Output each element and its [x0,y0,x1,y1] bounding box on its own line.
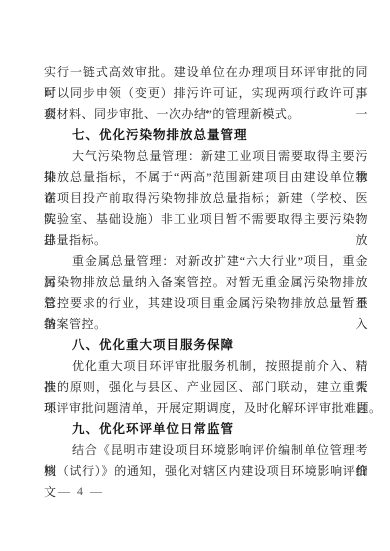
body-line: 实行一链式高效审批。建设单位在办理项目环评审批的同时， [44,62,368,83]
page-number: — 4 — [58,484,104,498]
body-line: 结合《昆明市建设项目环境影响评价编制单位管理考核细 [44,440,368,461]
body-line: 在项目投产前取得污染物排放总量指标；新建（学校、医院、 [44,188,368,209]
body-line: 污染物排放总量纳入备案管控。对暂无重金属污染物排放总量 [44,272,368,293]
document-body: 实行一链式高效审批。建设单位在办理项目环评审批的同时， 可以同步申领（变更）排污… [44,62,368,482]
body-line: 排放总量指标，不属于“两高”范围新建项目由建设单位承诺 [44,167,368,188]
document-page: 实行一链式高效审批。建设单位在办理项目环评审批的同时， 可以同步申领（变更）排污… [0,0,390,551]
body-line: 管控要求的行业，其建设项目重金属污染物排放总量暂不纳入 [44,293,368,314]
section-heading: 八、优化重大项目服务保障 [44,335,368,356]
body-line: 可以同步申领（变更）排污许可证，实现两项行政许可事项“一 [44,83,368,104]
body-line: 大气污染物总量管理：新建工业项目需要取得主要污染物 [44,146,368,167]
body-line: 环评审批问题清单，开展定期调度，及时化解环评审批难题。 [44,398,368,419]
body-line: 优化重大项目环评审批服务机制，按照提前介入、精准帮 [44,356,368,377]
body-line: 实验室、基础设施）非工业项目暂不需要取得主要污染物排放 [44,209,368,230]
section-heading: 九、优化环评单位日常监管 [44,419,368,440]
section-heading: 七、优化污染物排放总量管理 [44,125,368,146]
body-line: 重金属总量管理：对新改扩建“六大行业”项目，重金属 [44,251,368,272]
body-line: 扶的原则，强化与县区、产业园区、部门联动，建立重大项目 [44,377,368,398]
body-line: 则（试行）》的通知，强化对辖区内建设项目环境影响评价文 [44,461,368,482]
